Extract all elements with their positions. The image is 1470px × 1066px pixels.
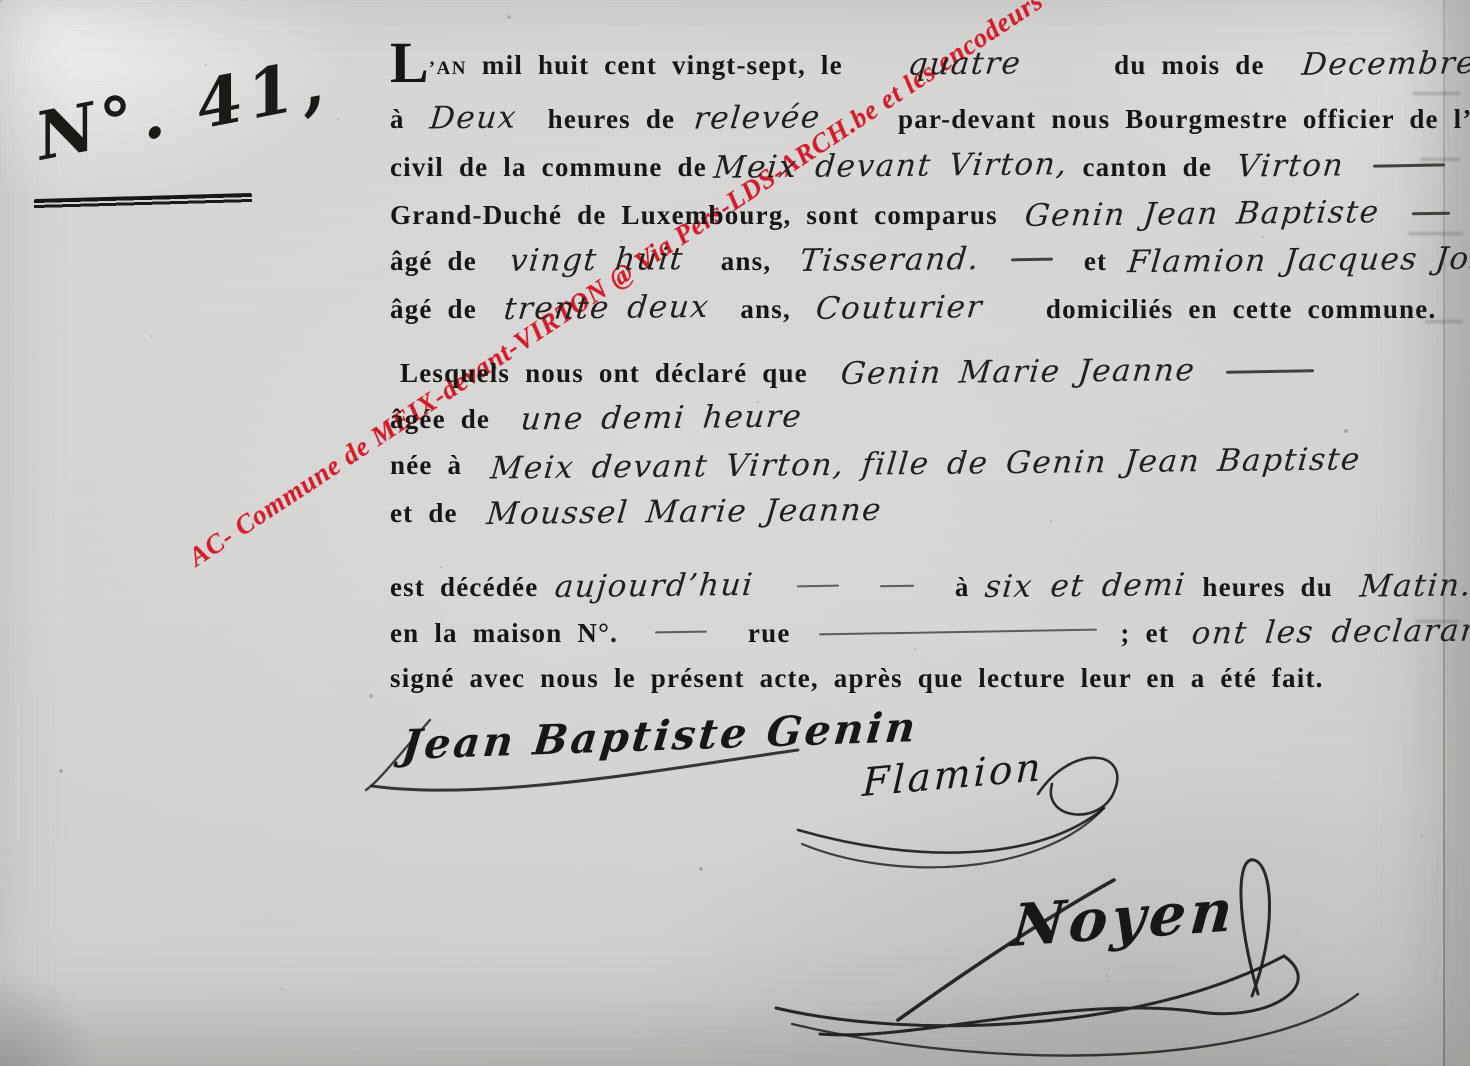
act-line-2: à Deux heures de relevée par-devant nous…	[390, 98, 1470, 139]
handwritten-declarant-2: Flamion Jacques Joseph	[1126, 238, 1470, 282]
handwritten-declarant-1: Genin Jean Baptiste	[1023, 192, 1382, 236]
handwritten-commune: Meix devant Virton,	[712, 144, 1070, 188]
handwritten-birthplace-filiation: Meix devant Virton, fille de Genin Jean …	[489, 439, 1363, 488]
handwritten-canton: Virton	[1235, 145, 1346, 186]
act-line-8: âgée de une demi heure	[390, 398, 802, 439]
handwritten-day: quatre	[906, 43, 1023, 84]
act-number-underline	[34, 193, 252, 210]
act-line-11: est décédée aujourd’hui à six et demi he…	[390, 566, 1470, 607]
scan-streak	[1412, 92, 1460, 95]
printed-text: Lesquels nous ont déclaré que	[400, 358, 808, 388]
printed-text: est décédée	[390, 572, 538, 602]
handwritten-death-day: aujourd’hui	[553, 565, 756, 607]
act-line-7: Lesquels nous ont déclaré que Genin Mari…	[400, 352, 1314, 393]
ink-dash	[797, 584, 839, 587]
printed-text: ’an	[429, 58, 467, 79]
printed-text: civil de la commune de	[390, 152, 707, 182]
ink-dash	[1226, 370, 1314, 375]
handwritten-profession-1: Tisserand.	[798, 239, 982, 281]
officer-underline-swirl	[776, 956, 1298, 1035]
ink-dash	[1373, 164, 1445, 168]
act-line-9: née à Meix devant Virton, fille de Genin…	[390, 444, 1361, 485]
printed-text: âgée de	[390, 404, 490, 434]
printed-text: rue	[748, 618, 791, 648]
printed-text: du mois de	[1114, 50, 1265, 80]
signature-officer: Noyen	[1009, 876, 1239, 960]
printed-text: née à	[390, 450, 462, 480]
signature-declarant-1: Jean Baptiste Genin	[400, 703, 921, 769]
handwritten-deceased-name: Genin Marie Jeanne	[839, 350, 1197, 394]
drop-cap: L	[390, 30, 429, 95]
printed-text: ; et	[1120, 618, 1169, 648]
ink-dash	[655, 630, 707, 633]
printed-text: heures de	[548, 104, 676, 134]
printed-text: mil huit cent vingt-sept, le	[482, 50, 843, 80]
act-line-13: signé avec nous le présent acte, après q…	[390, 658, 1324, 698]
printed-text: et	[1084, 246, 1107, 276]
printed-text: en la maison N°.	[390, 618, 618, 648]
act-line-1: L’an mil huit cent vingt-sept, le quatre…	[390, 44, 1470, 89]
scanned-death-record: N°. 41, AC- Commune de MEIX-devant-VIRTO…	[0, 0, 1470, 1066]
printed-text: et de	[390, 498, 458, 528]
handwritten-morning: Matin.	[1358, 565, 1470, 606]
printed-text: à	[955, 572, 970, 602]
printed-text: ans,	[721, 246, 772, 276]
printed-text: signé avec nous le présent acte, après q…	[390, 663, 1324, 693]
act-line-10: et de Moussel Marie Jeanne	[390, 492, 882, 533]
printed-text: Grand-Duché de Luxembourg, sont comparus	[390, 200, 998, 230]
flamion-paraph-return	[802, 808, 1104, 867]
act-line-12: en la maison N°. rue ; et ont les declar…	[390, 612, 1470, 653]
handwritten-age-1: vingt huit	[508, 239, 686, 281]
printed-text: âgé de	[390, 246, 477, 276]
handwritten-period: relevée	[692, 97, 823, 138]
printed-text: par-devant nous Bourgmestre officier de …	[898, 104, 1470, 134]
act-line-4: Grand-Duché de Luxembourg, sont comparus…	[390, 194, 1450, 235]
act-line-5: âgé de vingt huit ans, Tisserand. et Fla…	[390, 240, 1470, 281]
act-number: N°. 41,	[29, 42, 335, 175]
handwritten-hour: Deux	[428, 98, 519, 139]
printed-text: à	[390, 104, 405, 134]
printed-text: domiciliés en cette commune.	[1046, 294, 1437, 324]
flamion-paraph-loop	[1038, 758, 1117, 815]
printed-text: canton de	[1083, 152, 1213, 182]
act-line-3: civil de la commune de Meix devant Virto…	[390, 146, 1445, 187]
act-line-6: âgé de trente deux ans, Couturier domici…	[390, 288, 1436, 329]
handwritten-declarants-signed: ont les declarant	[1190, 610, 1470, 653]
handwritten-deceased-age: une demi heure	[519, 397, 804, 440]
printed-text: heures du	[1202, 572, 1333, 602]
handwritten-month: Decembre	[1300, 43, 1470, 85]
officer-quill-loop	[1241, 860, 1270, 996]
signature-declarant-2: Flamion	[862, 745, 1045, 806]
ink-dash	[880, 585, 914, 588]
handwritten-mother-name: Moussel Marie Jeanne	[485, 490, 884, 534]
ink-dash	[1412, 212, 1450, 216]
printed-text: ans,	[740, 294, 791, 324]
ink-dash	[819, 628, 1097, 635]
handwritten-profession-2: Couturier	[814, 287, 985, 329]
scan-speckles	[0, 0, 2, 2]
flamion-paraph-swash	[798, 808, 1104, 853]
handwritten-age-2: trente deux	[502, 287, 711, 329]
handwritten-death-time: six et demi	[983, 565, 1188, 607]
ink-dash	[1011, 258, 1053, 262]
printed-text: âgé de	[390, 294, 477, 324]
officer-lower-sweep	[792, 994, 1358, 1056]
